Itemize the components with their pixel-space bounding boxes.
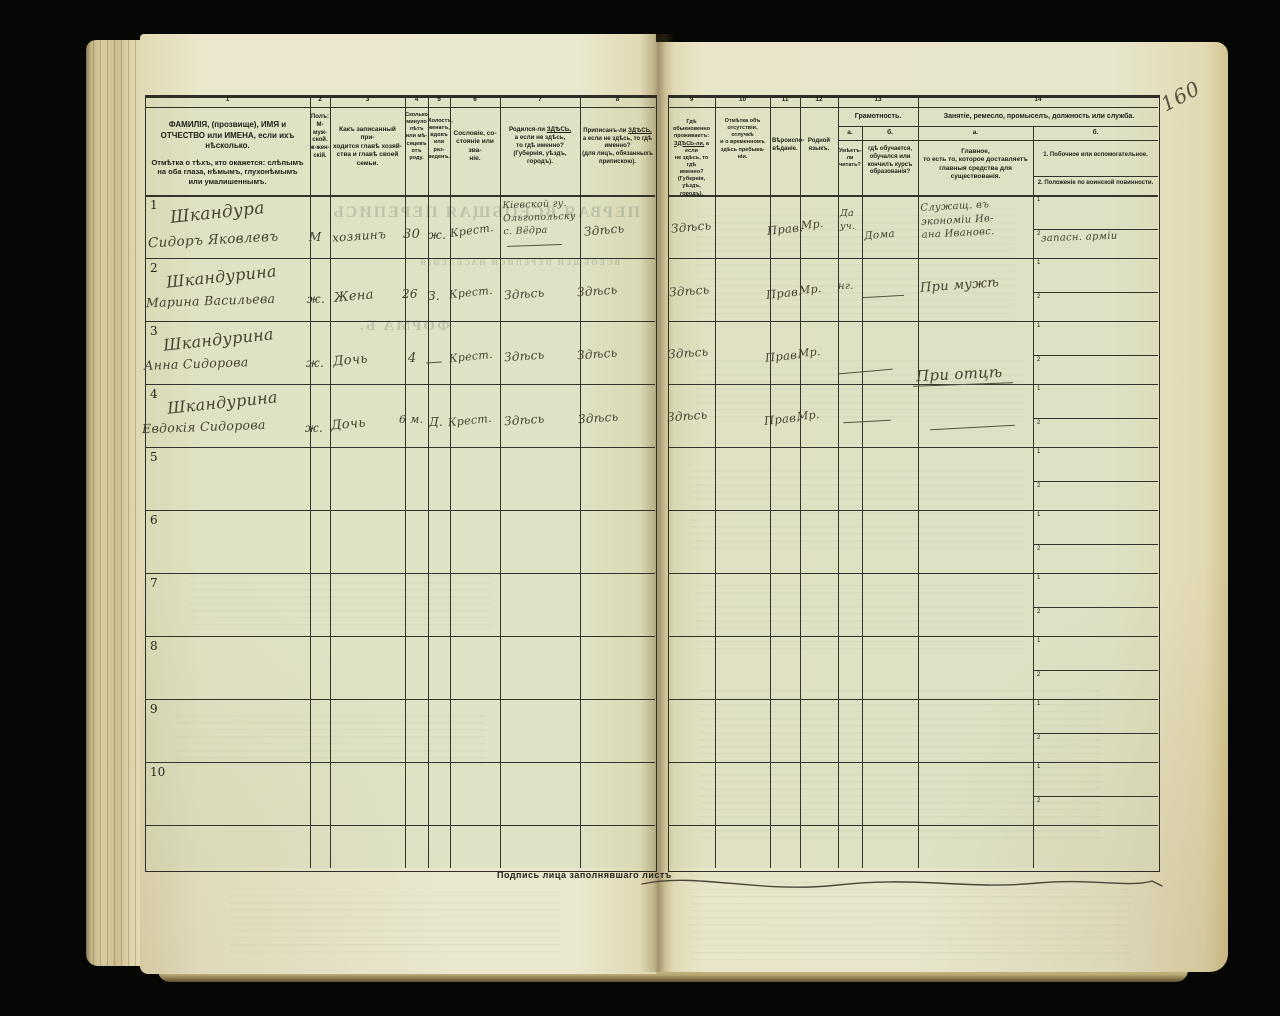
subcell-1-label: 1 (1037, 386, 1040, 392)
header-estate: Сословіе, со- стояніе или зва- ніе. (452, 130, 498, 164)
book-page-edges-left (86, 40, 142, 966)
col-number-1: 1 (145, 96, 310, 103)
gridline (668, 321, 1158, 322)
entry-2-birthplace: Здѣсь (503, 285, 544, 304)
subcell-1-label: 1 (1037, 575, 1040, 581)
gridline (668, 447, 1158, 448)
gridline (800, 95, 801, 868)
gridline (668, 636, 1158, 637)
entry-2-registered: Здѣсь (576, 282, 617, 301)
entry-3-registered: Здѣсь (576, 345, 617, 364)
col-number-4: 4 (405, 96, 428, 103)
gridline (145, 573, 655, 574)
entry-2-residence: Здѣсь (668, 282, 709, 301)
entry-1-language: Мр. (800, 217, 824, 234)
header-marital: Холостъ, женатъ, вдовъ или раз- веденъ. (428, 118, 450, 161)
header-literacy-a: Умѣетъ- ли читать? (839, 148, 861, 169)
subcell-2-label: 2 (1037, 546, 1040, 552)
subcell-2-label: 2 (1037, 798, 1040, 804)
row-number-7: 7 (150, 576, 158, 590)
gridline (668, 762, 1158, 763)
header-occupation-side: 1. Побочное или вспомогательное. (1036, 152, 1155, 160)
gridline (668, 195, 1158, 197)
entry-2-age: 26 (402, 286, 418, 302)
gridline (428, 95, 429, 868)
row-number-6: 6 (150, 513, 158, 527)
row-number-1: 1 (150, 198, 158, 212)
col-number-7: 7 (500, 96, 580, 103)
gridline (668, 699, 1158, 700)
entry-1-military-note: запасн. арміи (1041, 230, 1118, 246)
header-occupation-a-label: а. (918, 129, 1033, 137)
header-residence-here: ЗДѢСЬ-ли, (674, 141, 704, 147)
entry-3-age: 4 (408, 350, 417, 368)
header-literacy-title: Грамотность. (838, 112, 918, 121)
row-number-4: 4 (150, 387, 158, 401)
gridline (405, 95, 406, 868)
gridline (145, 510, 655, 511)
header-registered-here: ЗДѢСЬ, (628, 128, 652, 134)
gridline (1033, 544, 1158, 545)
gridline (330, 95, 331, 868)
gridline (668, 510, 1158, 511)
row-number-8: 8 (150, 639, 158, 653)
gridline (918, 95, 919, 868)
entry-4-language: Мр. (796, 408, 820, 425)
gridline (145, 825, 655, 826)
subcell-1-label: 1 (1037, 512, 1040, 518)
header-residence-pre: Гдѣ обыкновенно проживаетъ: (673, 119, 710, 139)
gridline (145, 636, 655, 637)
header-age: Сколько минуло лѣтъ или мѣ- сяцевъ отъ р… (405, 112, 428, 162)
gridline (145, 699, 655, 700)
entry-4-relation: Дочь (330, 415, 366, 436)
header-residence: Гдѣ обыкновенно проживаетъ: ЗДѢСЬ-ли, а … (670, 112, 713, 198)
entry-4-birthplace: Здѣсь (503, 411, 544, 430)
subcell-2-label: 2 (1037, 420, 1040, 426)
gridline (1033, 733, 1158, 734)
gridline (838, 126, 1158, 127)
subcell-1-label: 1 (1037, 323, 1040, 329)
col-number-9: 9 (668, 96, 715, 103)
gridline (1033, 176, 1158, 177)
header-registered: Приписанъ-ли ЗДѢСЬ, а если не здѣсь, то … (582, 120, 653, 167)
header-religion: Вѣроиспо- вѣданіе. (772, 138, 798, 154)
entry-4-age: 6 м. (399, 413, 423, 428)
subcell-2-label: 2 (1037, 483, 1040, 489)
header-occupation-main: Главное, то есть то, которое доставляетъ… (922, 148, 1029, 182)
header-name-top: ФАМИЛІЯ, (прозвище), ИМЯ и ОТЧЕСТВО или … (161, 120, 295, 150)
entry-2-marital: З. (428, 288, 440, 304)
signature-flourish (638, 866, 1168, 900)
header-birthplace-pre: Родился-ли (509, 126, 547, 133)
subcell-2-label: 2 (1037, 735, 1040, 741)
subcell-1-label: 1 (1037, 260, 1040, 266)
header-residence-post: а если не здѣсь, то гдѣ именно? (Губерні… (675, 141, 709, 197)
entry-3-sex: ж. (306, 355, 324, 371)
entry-1-occupation: Служащ. въ экономіи Ив- ана Ивановс. (920, 198, 995, 242)
entry-1-literacy: Да уч. (840, 208, 855, 234)
gridline (668, 107, 1158, 108)
gridline (1033, 670, 1158, 671)
col-number-13: 13 (838, 96, 918, 103)
subcell-2-label: 2 (1037, 357, 1040, 363)
gridline (1033, 607, 1158, 608)
entry-2-relation: Жена (333, 286, 374, 307)
header-occupation-b-label: б. (1033, 129, 1158, 137)
entry-1-birthplace: Кіевской гу. Ольгопольску с. Вёдра (502, 198, 576, 239)
entry-1-sex: М (309, 229, 322, 245)
col-number-2: 2 (310, 96, 330, 103)
entry-3-language: Мр. (797, 345, 821, 362)
gridline (1033, 796, 1158, 797)
entry-1-education: Дома (863, 227, 895, 244)
col-number-8: 8 (580, 96, 655, 103)
gridline (145, 258, 655, 259)
gridline (715, 95, 716, 868)
gridline (145, 384, 655, 385)
subcell-2-label: 2 (1037, 672, 1040, 678)
gridline (580, 95, 581, 868)
entry-4-registered: Здѣсь (577, 409, 618, 428)
col-number-5: 5 (428, 96, 450, 103)
header-literacy-a-label: а. (838, 129, 862, 137)
census-table-right (668, 95, 1160, 872)
gridline (1033, 126, 1034, 868)
row-number-5: 5 (150, 450, 158, 464)
subcell-1-label: 1 (1037, 764, 1040, 770)
entry-3-birthplace: Здѣсь (503, 347, 544, 366)
gridline (310, 95, 311, 868)
entry-3-relation: Дочь (332, 351, 368, 372)
row-number-2: 2 (150, 261, 158, 275)
gridline (450, 95, 451, 868)
gridline (1033, 355, 1158, 356)
subcell-1-label: 1 (1037, 638, 1040, 644)
row-number-9: 9 (150, 702, 158, 716)
subcell-2-label: 2 (1037, 294, 1040, 300)
col-number-11: 11 (770, 96, 800, 103)
header-name-bottom: Отмѣтка о тѣхъ, кто окажется: слѣпымъ на… (150, 158, 305, 187)
gridline (838, 95, 839, 868)
entry-1-marital: ж. (428, 227, 446, 243)
col-number-6: 6 (450, 96, 500, 103)
entry-1-age: 30 (403, 226, 420, 244)
col-number-12: 12 (800, 96, 838, 103)
ghost-text-block (230, 895, 560, 955)
gridline (1033, 418, 1158, 419)
row-number-3: 3 (150, 324, 158, 338)
gridline (145, 762, 655, 763)
entry-4-sex: ж. (305, 420, 323, 436)
header-absence-note: Отмѣтка объ отсутствіи, отлучкѣ и о врем… (717, 118, 768, 161)
subcell-1-label: 1 (1037, 197, 1040, 203)
gridline (145, 447, 655, 448)
header-sex: Полъ: М-муж- ской. ж-жен- скій. (310, 114, 330, 161)
header-relation: Какъ записанный при- ходится главѣ хозяй… (332, 126, 403, 168)
entry-4-residence: Здѣсь (666, 407, 707, 426)
header-occupation-title: Занятіе, ремесло, промыселъ, должность и… (920, 112, 1158, 121)
gridline (145, 107, 655, 108)
header-literacy-b: гдѣ обучается, обучался или кончилъ курс… (864, 146, 916, 177)
header-name-column: ФАМИЛІЯ, (прозвище), ИМЯ и ОТЧЕСТВО или … (150, 110, 305, 197)
subcell-1-label: 1 (1037, 701, 1040, 707)
entry-2-language: Мр. (798, 282, 822, 299)
gridline (668, 573, 1158, 574)
header-language: Родной языкъ. (802, 138, 836, 154)
gridline (1033, 292, 1158, 293)
header-registered-pre: Приписанъ-ли (583, 128, 628, 134)
header-birthplace-post: а если не здѣсь, то гдѣ именно? (Губерні… (513, 134, 566, 165)
subcell-1-label: 1 (1037, 449, 1040, 455)
gridline (862, 126, 863, 868)
row-number-10: 10 (150, 765, 165, 779)
col-number-10: 10 (715, 96, 770, 103)
gridline (668, 825, 1158, 826)
gridline (770, 95, 771, 868)
gridline (668, 258, 1158, 259)
gridline (145, 321, 655, 322)
header-military-status: 2. Положеніе по воинской повинности. (1036, 180, 1155, 188)
gridline (1033, 481, 1158, 482)
header-birthplace: Родился-ли ЗДѢСЬ, а если не здѣсь, то гд… (502, 118, 578, 166)
gridline (500, 95, 501, 868)
header-literacy-b-label: б. (862, 129, 918, 137)
entry-4-marital: Д. (429, 414, 443, 430)
gridline (838, 140, 1158, 141)
header-registered-post: а если не здѣсь, то гдѣ именно? (для лиц… (582, 136, 653, 165)
col-number-14: 14 (918, 96, 1158, 103)
entry-2-sex: ж. (307, 291, 325, 307)
col-number-3: 3 (330, 96, 405, 103)
entry-2-literacy: нг. (838, 280, 854, 294)
photo-of-census-book: ПЕРВАЯ ВСЕОБЩАЯ ПЕРЕПИСЬ ВСЕОБЩЕЙ ПЕРЕПИ… (0, 0, 1280, 1016)
header-birthplace-here: ЗДѢСЬ, (547, 126, 571, 133)
entry-3-residence: Здѣсь (667, 344, 708, 363)
subcell-2-label: 2 (1037, 609, 1040, 615)
